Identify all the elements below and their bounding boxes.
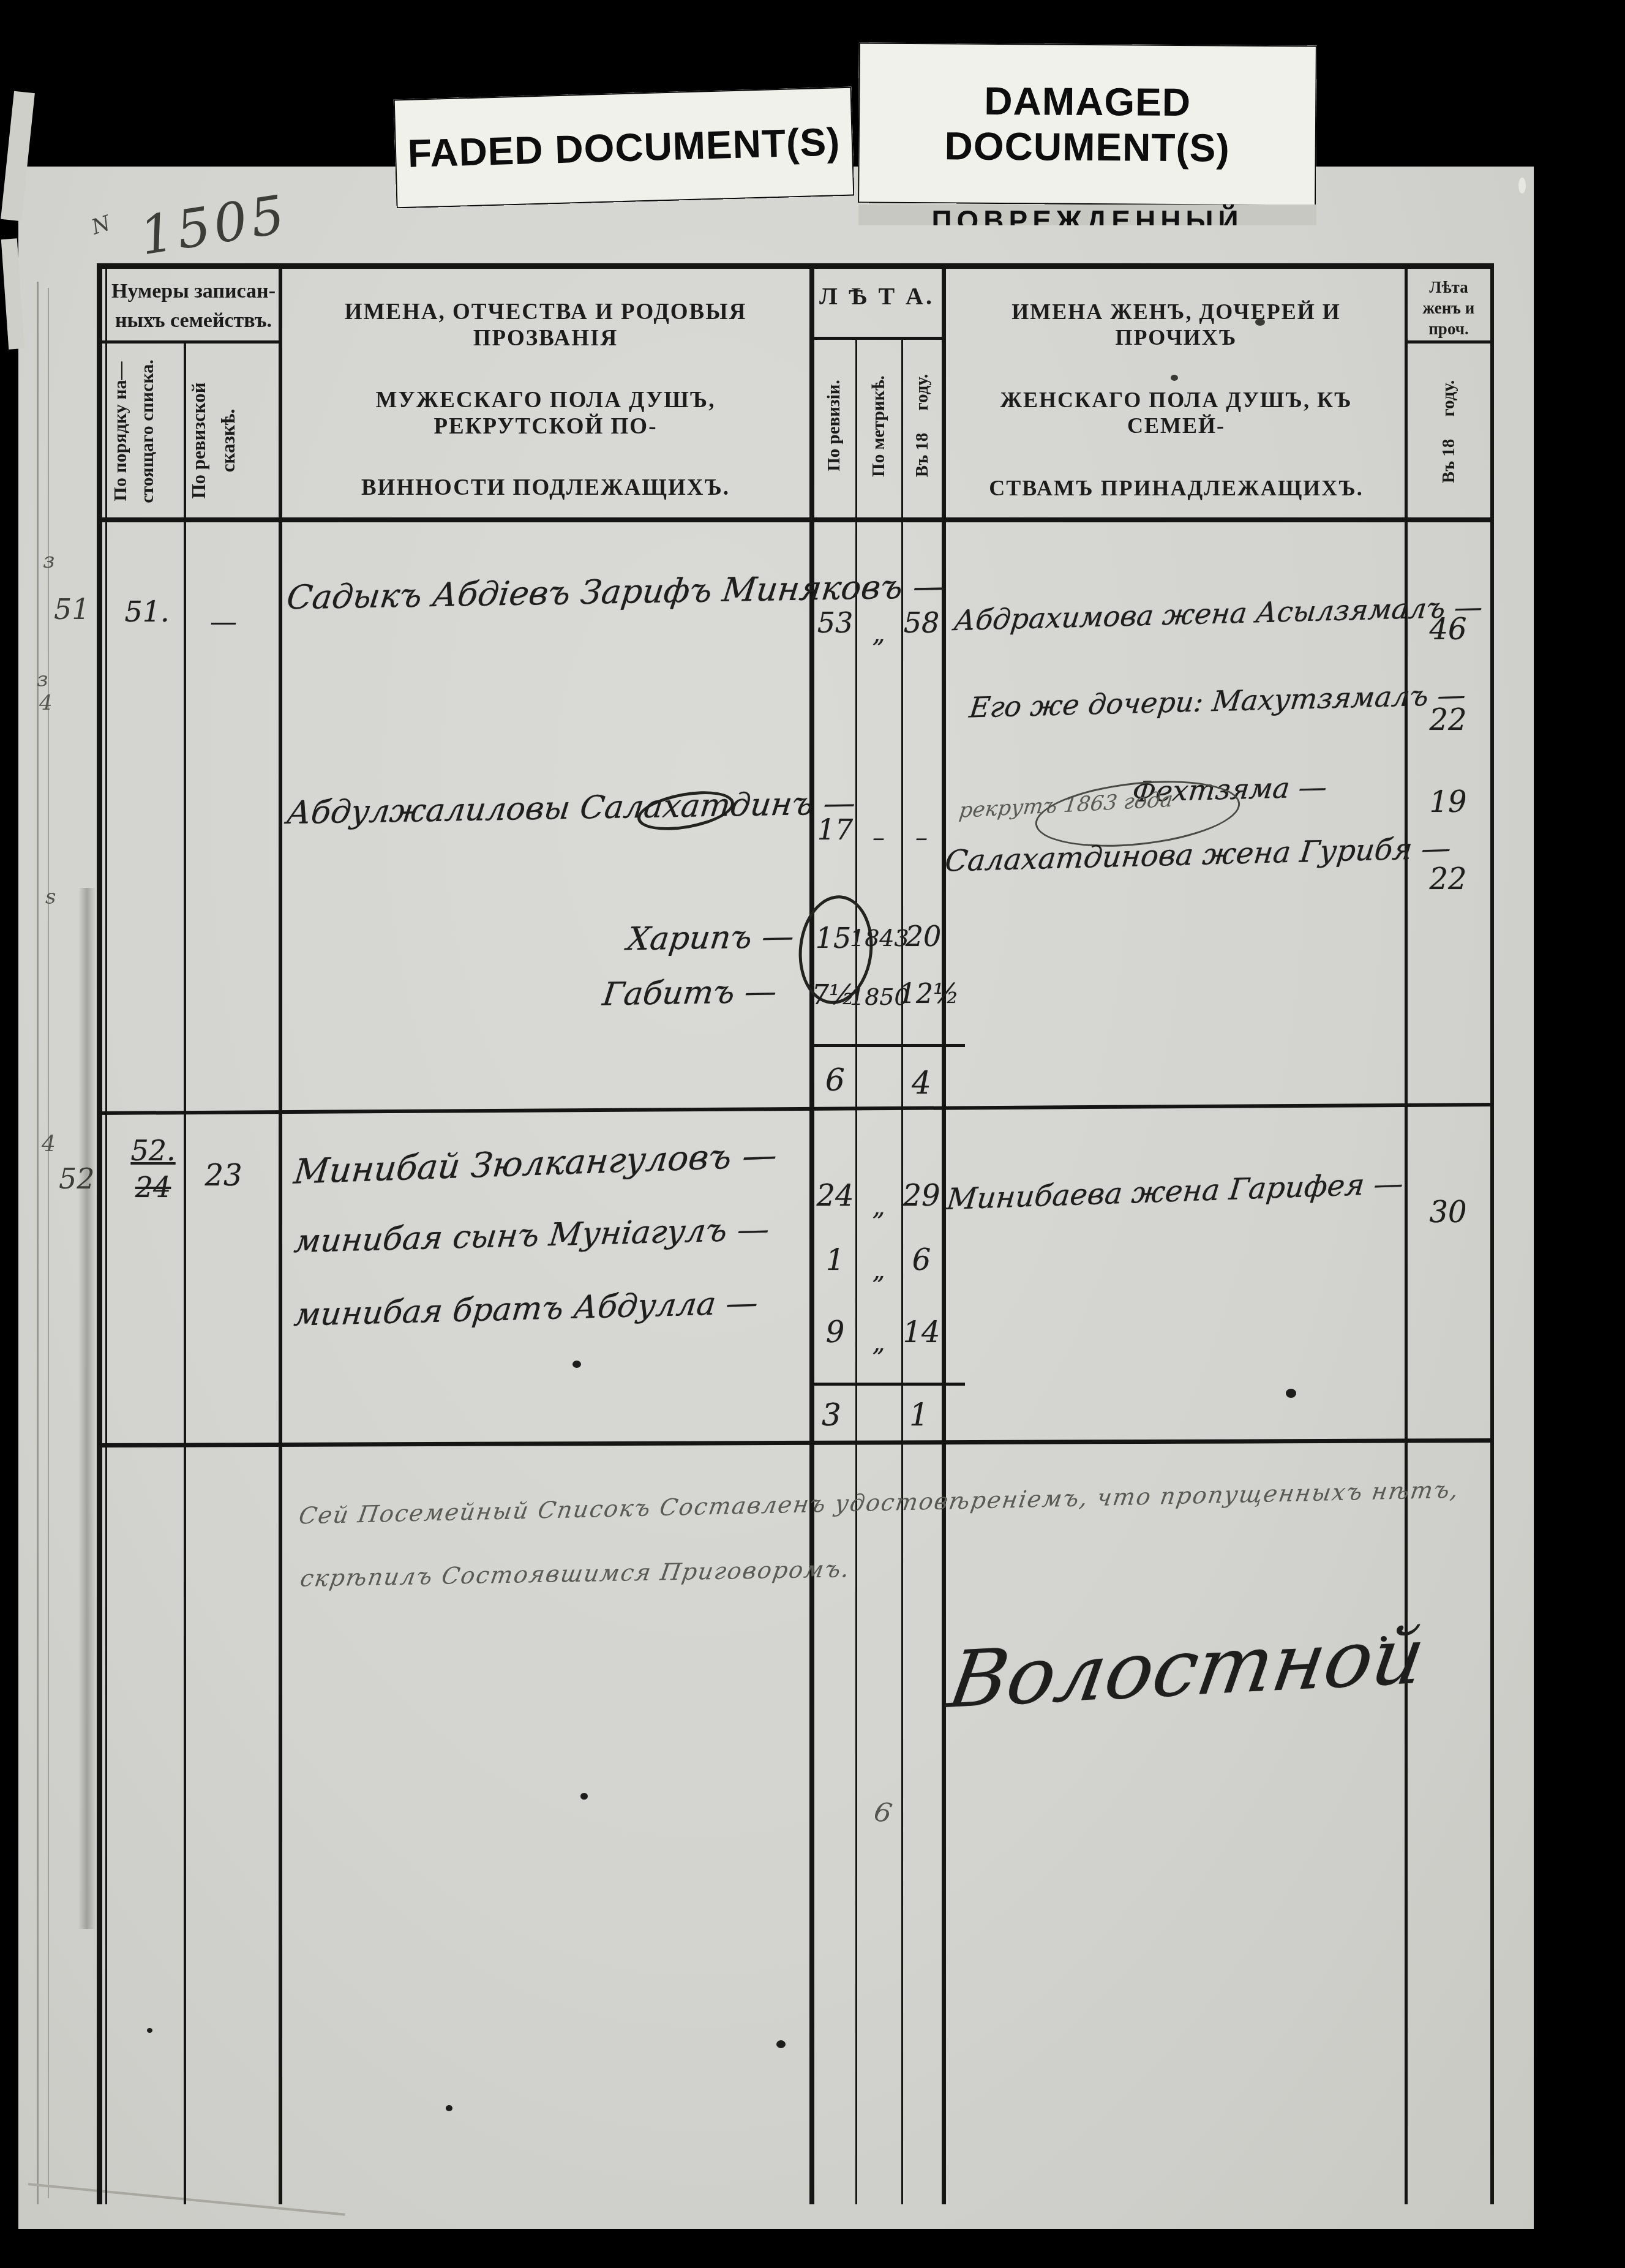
damaged-document-sticker: DAMAGED DOCUMENT(S) xyxy=(858,42,1317,206)
header-rule-wivesage-group xyxy=(1405,340,1494,344)
page-gutter-smudge xyxy=(78,888,96,1929)
row52-male2-age-year: 6 xyxy=(900,1243,943,1277)
page-gutter-line xyxy=(37,282,39,2204)
header-female-names-line1: ИМЕНА ЖЕНЪ, ДОЧЕРЕЙ И ПРОЧИХЪ xyxy=(954,299,1398,350)
col-divider-ages-females xyxy=(942,263,946,2204)
header-family-numbers-group: Нумеры записан- ныхъ семействъ. xyxy=(107,277,280,338)
table-border-right xyxy=(1490,263,1494,2204)
header-col-order-of-list: По порядку на— стоящаго списка. xyxy=(107,349,184,514)
margin-row-number-52: 52 xyxy=(59,1162,95,1195)
row51-male2-age-metric: – xyxy=(857,824,900,852)
header-col-in-year: Въ 18 году. xyxy=(903,337,941,514)
header-wives-age-line2: женъ и xyxy=(1407,298,1490,318)
row51-male1-age-metric: „ xyxy=(857,620,900,648)
row51-revision-number: — xyxy=(187,606,260,637)
row52-male1-age-revision: 24 xyxy=(814,1179,856,1213)
row52-order-number-struck: 24 xyxy=(122,1171,184,1204)
page-gutter-line xyxy=(48,288,49,2198)
header-col-order-line1: По порядку на— xyxy=(107,349,134,514)
row51-male4-age-revision: 7½ xyxy=(812,980,854,1011)
row52-male1-age-year: 29 xyxy=(900,1179,943,1213)
page-scrap xyxy=(1518,178,1526,193)
ink-speck xyxy=(572,1361,581,1368)
row51-female2-age: 22 xyxy=(1408,703,1488,737)
table-border-left-outer xyxy=(97,263,102,2204)
margin-pencil-mark: 4 xyxy=(42,1132,56,1157)
ink-speck xyxy=(147,2028,152,2033)
header-family-numbers-line2: ныхъ семействъ. xyxy=(107,306,280,336)
row51-male4-age-year: 12½ xyxy=(899,978,948,1010)
col-divider-names-ages xyxy=(809,263,814,2204)
row52-male2-age-metric: „ xyxy=(857,1256,900,1285)
header-male-names-line2: МУЖЕСКАГО ПОЛА ДУШЪ, РЕКРУТСКОЙ ПО- xyxy=(289,387,802,440)
row51-male3-age-revision: 15 xyxy=(814,922,852,955)
header-male-names-line3: ВИННОСТИ ПОДЛЕЖАЩИХЪ. xyxy=(289,475,802,501)
header-col-order-line2: стоящаго списка. xyxy=(134,349,161,514)
col-divider-revision-names xyxy=(279,263,282,2204)
ink-speck xyxy=(1286,1389,1296,1398)
header-col-by-revision: По ревизіи. xyxy=(812,337,855,514)
header-wives-age-line1: Лѣта xyxy=(1407,277,1490,298)
header-col-by-metric: По метрикѣ. xyxy=(857,337,901,515)
row52-female1-age: 30 xyxy=(1408,1195,1488,1230)
row51-male-name-3: Харипъ — xyxy=(625,918,796,958)
table-border-left-inner xyxy=(105,263,107,2204)
margin-pencil-mark: з xyxy=(37,667,48,692)
row52-male3-age-year: 14 xyxy=(900,1315,943,1350)
row52-order-number: 52. xyxy=(122,1134,184,1167)
faded-document-sticker: FADED DOCUMENT(S) xyxy=(394,87,855,209)
damaged-sticker-label-line2: DOCUMENT(S) xyxy=(944,123,1230,170)
header-wives-age-line3: проч. xyxy=(1407,318,1490,339)
ink-speck xyxy=(1255,318,1265,326)
row51-male-name-4: Габитъ — xyxy=(601,974,779,1013)
header-rule-family-group xyxy=(97,340,282,344)
header-female-names: ИМЕНА ЖЕНЪ, ДОЧЕРЕЙ И ПРОЧИХЪ ЖЕНСКАГО П… xyxy=(954,299,1398,501)
row51-order-number: 51. xyxy=(119,595,175,628)
row51-male3-age-metric: 1843 xyxy=(850,925,905,952)
totals-rule-row52 xyxy=(814,1383,965,1386)
ink-speck xyxy=(776,2040,786,2048)
header-col-wives-in-year: Въ 18 году. xyxy=(1407,349,1490,514)
header-col-revision-line1: По ревизской xyxy=(184,358,214,524)
margin-pencil-mark: з xyxy=(43,548,55,573)
row52-total-year: 1 xyxy=(898,1397,940,1433)
row51-total-year: 4 xyxy=(900,1065,943,1101)
col-divider-females-wivesage xyxy=(1405,263,1408,2204)
header-male-names: ИМЕНА, ОТЧЕСТВА И РОДОВЫЯ ПРОЗВАНІЯ МУЖЕ… xyxy=(289,299,802,501)
row51-female3-age: 19 xyxy=(1408,785,1488,819)
damaged-sticker-russian-label: ПОВРЕЖДЕННЫЙ xyxy=(858,205,1316,225)
totals-rule-row51 xyxy=(814,1044,965,1047)
margin-pencil-mark: 4 xyxy=(39,691,53,715)
row52-revision-number: 23 xyxy=(190,1158,257,1193)
margin-pencil-mark: ѕ xyxy=(45,885,56,909)
ink-speck xyxy=(1381,1636,1387,1642)
row51-female4-age: 22 xyxy=(1408,862,1488,896)
row52-male2-age-revision: 1 xyxy=(814,1243,856,1277)
row52-total-revision: 3 xyxy=(811,1397,852,1433)
header-family-numbers-line1: Нумеры записан- xyxy=(107,277,280,306)
ink-speck xyxy=(1171,375,1178,381)
margin-row-number-51: 51 xyxy=(54,593,90,626)
header-col-revision-line2: сказкѣ. xyxy=(214,358,243,524)
ink-speck xyxy=(446,2105,452,2111)
header-female-names-line2: ЖЕНСКАГО ПОЛА ДУШЪ, КЪ СЕМЕЙ- xyxy=(954,387,1398,438)
row51-male2-age-revision: 17 xyxy=(814,813,856,846)
row51-total-revision: 6 xyxy=(814,1062,856,1098)
header-female-names-line3: СТВАМЪ ПРИНАДЛЕЖАЩИХЪ. xyxy=(954,475,1398,501)
faded-sticker-label: FADED DOCUMENT(S) xyxy=(407,119,841,176)
row51-male1-age-year: 58 xyxy=(900,606,943,639)
row51-male1-age-revision: 53 xyxy=(814,606,856,639)
row52-male3-age-metric: „ xyxy=(857,1329,900,1357)
row51-male2-age-year: – xyxy=(900,824,943,852)
header-bottom-rule xyxy=(97,517,1494,522)
header-wives-age-group: Лѣта женъ и проч. xyxy=(1407,277,1490,338)
row52-male1-age-metric: „ xyxy=(857,1193,900,1221)
header-age-group: Л Ѣ Т А. xyxy=(809,282,944,331)
row51-female1-age: 46 xyxy=(1408,612,1488,647)
scanned-document-page: FADED DOCUMENT(S) DAMAGED DOCUMENT(S) ПО… xyxy=(0,0,1625,2268)
row51-male3-age-year: 20 xyxy=(904,920,943,953)
col-divider-order-revision xyxy=(184,340,186,2204)
table-border-top xyxy=(97,263,1494,269)
damaged-sticker-label-line1: DAMAGED xyxy=(984,78,1191,125)
header-male-names-line1: ИМЕНА, ОТЧЕСТВА И РОДОВЫЯ ПРОЗВАНІЯ xyxy=(289,299,802,351)
header-col-revision-tale: По ревизской сказкѣ. xyxy=(184,358,279,524)
row51-male4-age-metric: 1850 xyxy=(850,983,905,1010)
ink-speck xyxy=(580,1793,588,1800)
row52-male3-age-revision: 9 xyxy=(814,1315,856,1350)
